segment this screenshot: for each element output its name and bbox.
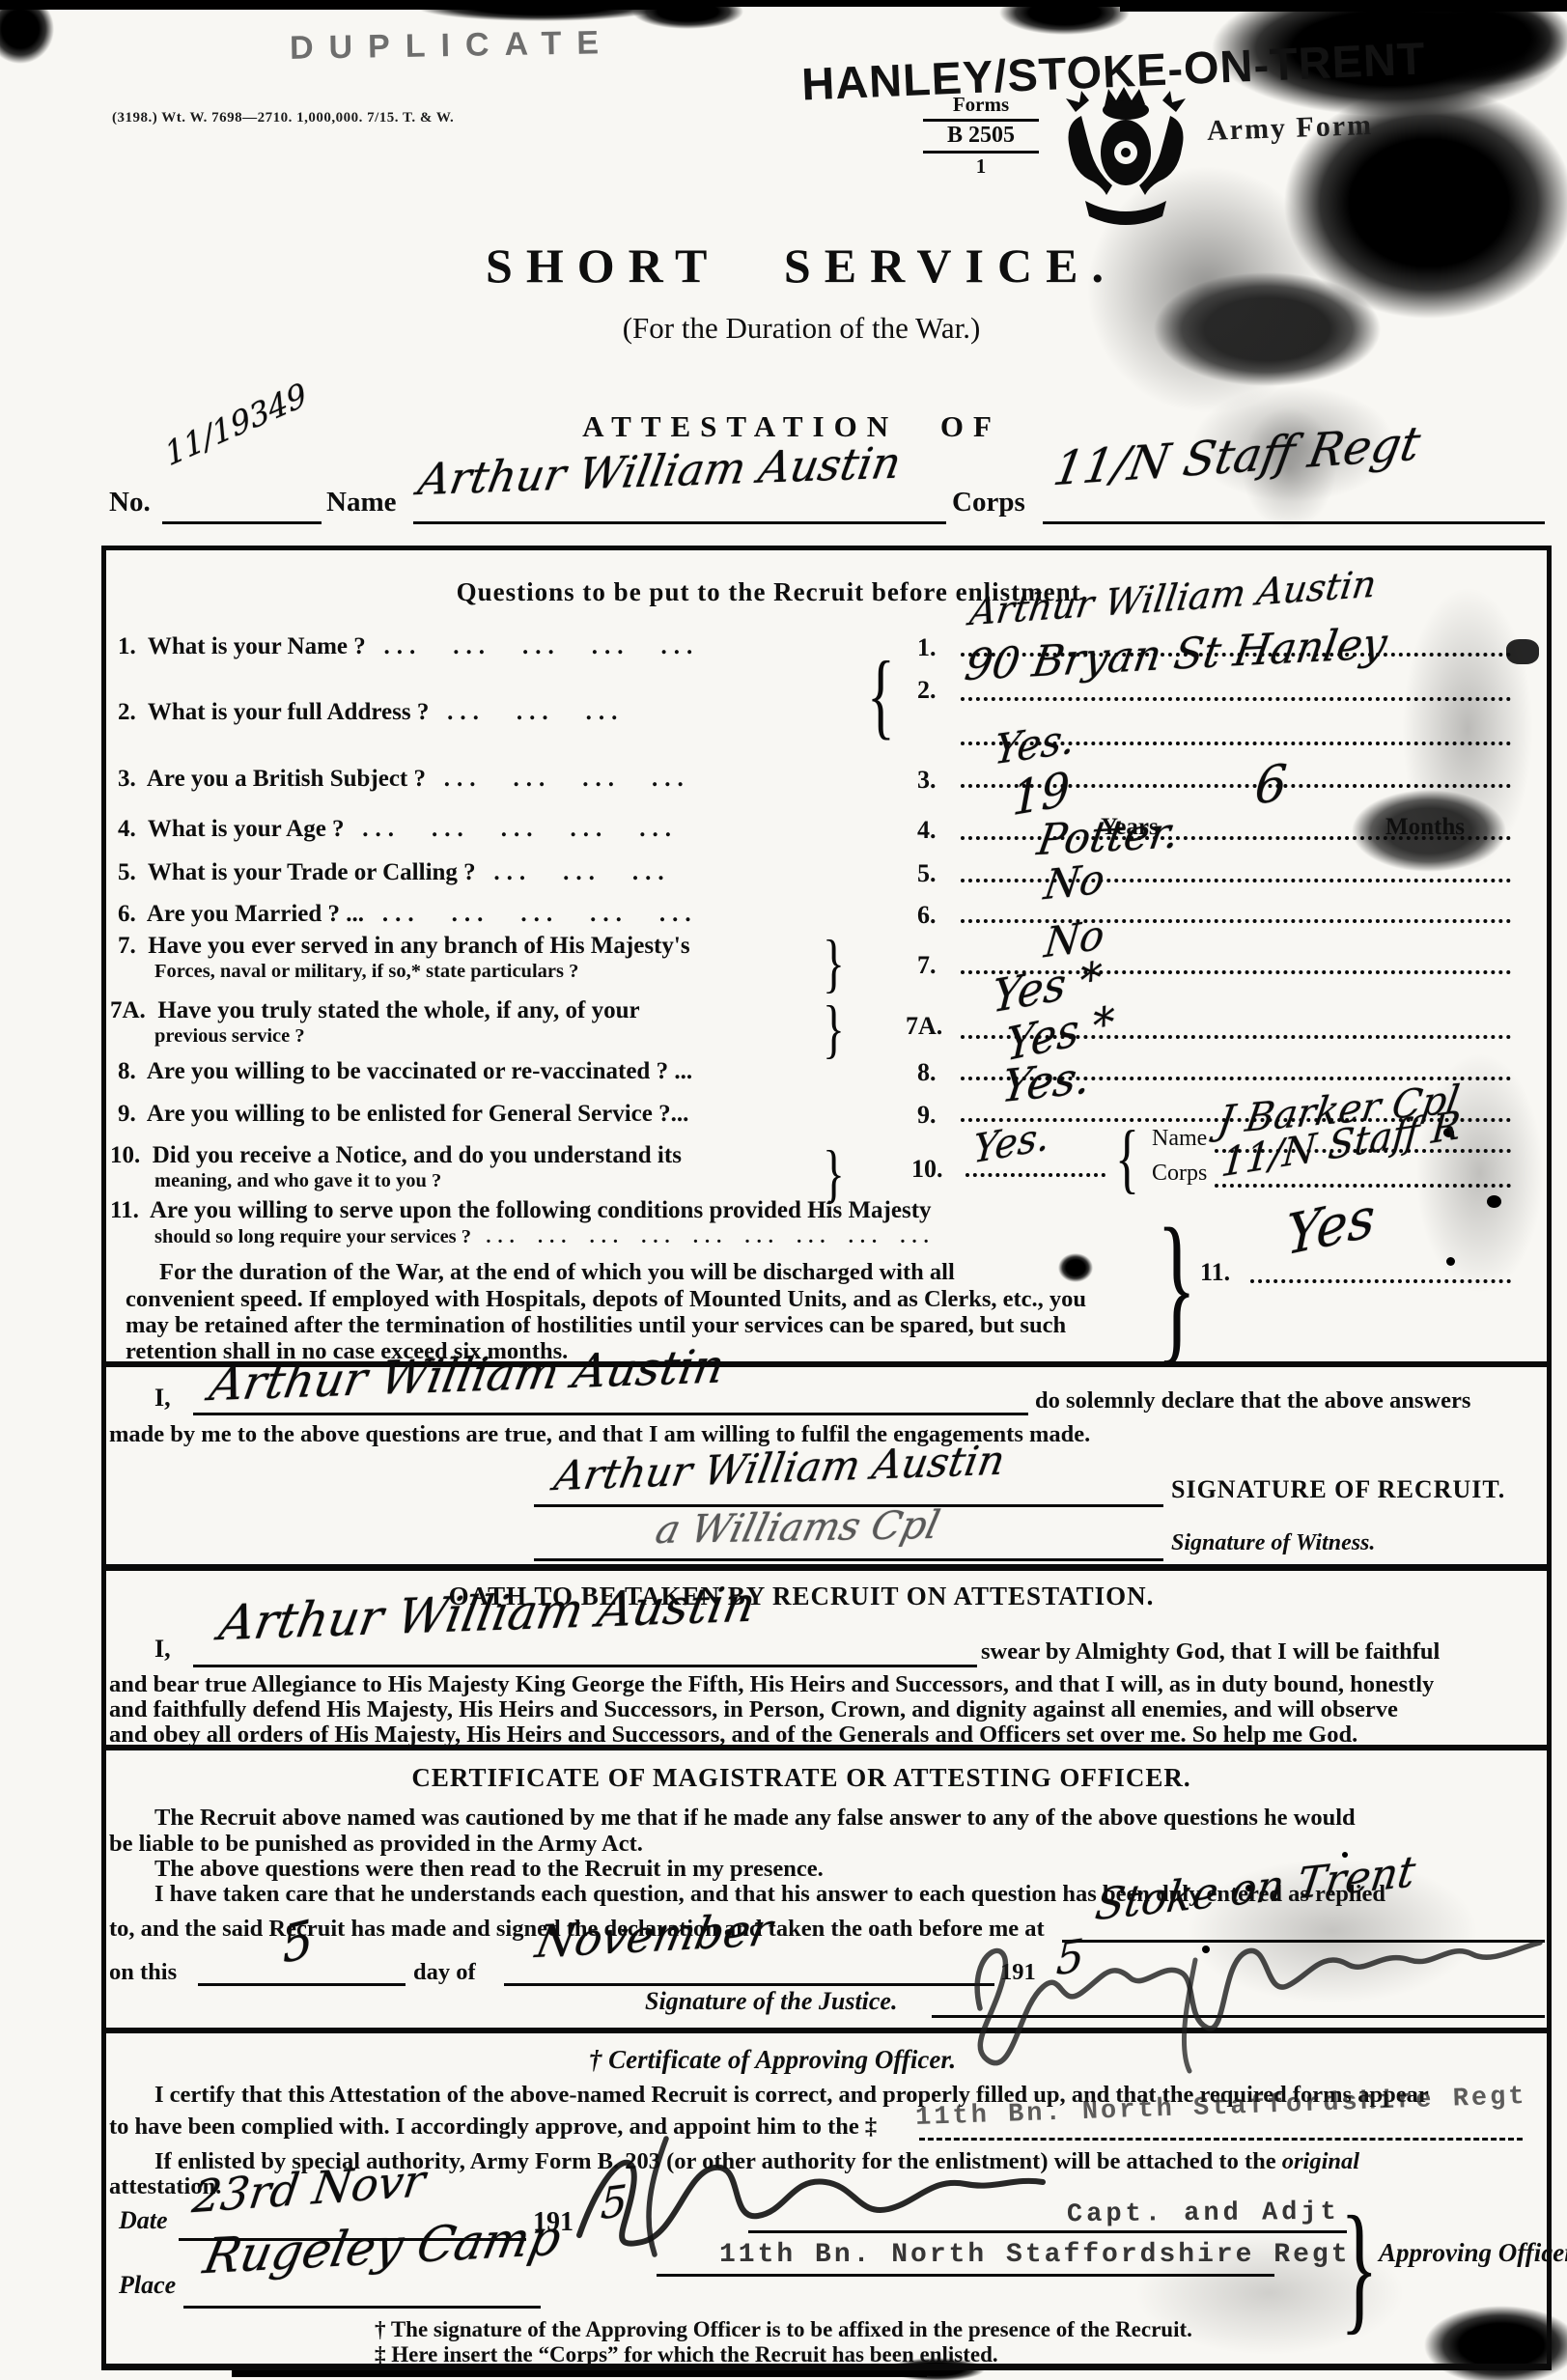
- question-9: 9. Are you willing to be enlisted for Ge…: [118, 1101, 688, 1128]
- condition-line: may be retained after the termination of…: [126, 1311, 1066, 1339]
- section-divider: [101, 1564, 1552, 1571]
- answer-number: 2.: [917, 676, 937, 705]
- question-7: 7. Have you ever served in any branch of…: [118, 933, 690, 960]
- approving-officer-label: Approving Officer.: [1379, 2238, 1567, 2268]
- question-text: What is your Name ?: [148, 633, 366, 659]
- question-number: 8.: [118, 1058, 136, 1084]
- oath-line1: swear by Almighty God, that I will be fa…: [981, 1638, 1440, 1666]
- question-10-line2: meaning, and who gave it to you ?: [154, 1170, 441, 1192]
- question-text: Are you a British Subject ?: [147, 766, 426, 792]
- leader-dots: ... ... ... ... ...: [362, 816, 678, 842]
- question-number: 1.: [118, 633, 136, 659]
- answer-number: 3.: [917, 766, 937, 795]
- no-label: No.: [109, 487, 151, 518]
- box-border-right: [1547, 546, 1552, 2370]
- approving-officer-signature-handwriting: [550, 2124, 1072, 2259]
- justice-signature-label: Signature of the Justice.: [645, 1987, 897, 2016]
- corps-underline: [1043, 521, 1545, 524]
- answer-number: 1.: [917, 633, 937, 662]
- question-6: 6. Are you Married ? ... ... ... ... ...…: [118, 901, 698, 928]
- place-handwriting: Rugeley Camp: [199, 2209, 566, 2284]
- answer-10-handwriting: Yes.: [971, 1113, 1050, 1172]
- answer-number: 4.: [917, 816, 937, 845]
- question-number: 10.: [110, 1142, 140, 1168]
- question-number: 3.: [118, 766, 136, 792]
- magistrate-line1: The Recruit above named was cautioned by…: [154, 1804, 1356, 1832]
- footnote-2: ‡ Here insert the “Corps” for which the …: [375, 2342, 998, 2367]
- answer-2-handwriting: 90 Bryan St Hanley: [962, 619, 1390, 690]
- leader-dots: ... ... ... ... ...: [384, 633, 700, 659]
- question-number: 11.: [110, 1197, 139, 1223]
- question-7a: 7A. Have you truly stated the whole, if …: [110, 997, 640, 1024]
- footnote-1: † The signature of the Approving Officer…: [375, 2317, 1192, 2342]
- question-text: What is your Trade or Calling ?: [148, 859, 476, 885]
- condition-line: For the duration of the War, at the end …: [159, 1258, 955, 1286]
- question-number: 6.: [118, 901, 136, 927]
- question-2: 2. What is your full Address ? ... ... .…: [118, 699, 624, 726]
- magistrate-line2: be liable to be punished as provided in …: [109, 1830, 643, 1858]
- answer-6-handwriting: No: [1041, 854, 1107, 909]
- leader-dots: ... ... ...: [493, 859, 670, 885]
- oath-name-underline: [193, 1665, 977, 1667]
- question-number: 5.: [118, 859, 136, 885]
- officer-signature-line: [748, 2230, 1347, 2233]
- month-underline: [504, 1983, 994, 1986]
- capt-adjt-stamp: Capt. and Adjt: [1067, 2198, 1340, 2229]
- question-7a-brace: }: [823, 991, 845, 1067]
- question-11-brace: }: [1157, 1192, 1196, 1383]
- ink-speck: [1506, 639, 1539, 664]
- answer-number: 11.: [1200, 1258, 1230, 1287]
- box-border-top: [101, 546, 1552, 550]
- question-text: Are you willing to be enlisted for Gener…: [147, 1101, 689, 1127]
- answer-4-months-handwriting: 6: [1253, 754, 1289, 816]
- forms-number: B 2505: [923, 122, 1039, 154]
- question-text: Are you Married ? ...: [147, 901, 364, 927]
- leader-dots: ... ... ... ... ...: [382, 901, 698, 927]
- answer-number: 10.: [911, 1155, 943, 1184]
- answer-number: 9.: [917, 1101, 937, 1130]
- answer-line: [961, 919, 1511, 923]
- place-underline: [183, 2306, 541, 2309]
- leader-dots: ... ... ...: [447, 699, 624, 725]
- duplicate-stamp: DUPLICATE: [290, 24, 615, 68]
- leader-dots: ... ... ... ... ... ... ... ... ...: [486, 1226, 935, 1247]
- on-this-label: on this: [109, 1958, 177, 1986]
- answer-11-handwriting: Yes: [1285, 1185, 1376, 1268]
- royal-crest-icon: [1052, 77, 1199, 239]
- ink-smudge: [0, 0, 54, 64]
- declaration-name-underline: [193, 1413, 1028, 1415]
- answer-number: 7A.: [906, 1012, 942, 1041]
- question-5: 5. What is your Trade or Calling ? ... .…: [118, 859, 671, 886]
- question-text: Have you ever served in any branch of Hi…: [148, 933, 689, 959]
- place-label: Place: [119, 2271, 176, 2300]
- answer-line: [961, 879, 1511, 882]
- answer-5-handwriting: Potter.: [1034, 808, 1183, 865]
- no-value-handwriting: 11/19349: [161, 375, 311, 473]
- leader-dots: ... ... ... ...: [444, 766, 690, 792]
- question-7-line2: Forces, naval or military, if so,* state…: [154, 961, 578, 983]
- answer-number: 8.: [917, 1058, 937, 1087]
- question-number: 7A.: [110, 997, 146, 1023]
- question-text: Have you truly stated the whole, if any,…: [157, 997, 639, 1023]
- approving-officer-brace: }: [1340, 2184, 1379, 2350]
- corps-label: Corps: [952, 487, 1025, 518]
- battalion-underline: [657, 2274, 1274, 2277]
- day-handwriting: 5: [280, 1910, 315, 1976]
- answer-2-brace: {: [867, 639, 895, 750]
- answer-line: [965, 1173, 1105, 1177]
- answer-10-sub-brace: {: [1115, 1115, 1139, 1203]
- month-handwriting: November: [532, 1903, 777, 1968]
- answer-number: 5.: [917, 859, 937, 888]
- question-8: 8. Are you willing to be vaccinated or r…: [118, 1058, 692, 1085]
- question-7a-line2: previous service ?: [154, 1025, 305, 1048]
- approving-heading: † Certificate of Approving Officer.: [309, 2045, 1236, 2075]
- answer-line: [961, 697, 1511, 701]
- declaration-line1: do solemnly declare that the above answe…: [1035, 1386, 1470, 1414]
- form-subtitle: (For the Duration of the War.): [290, 311, 1313, 346]
- day-of-label: day of: [413, 1958, 476, 1986]
- sub-corps-label: Corps: [1152, 1161, 1207, 1187]
- forms-box: Forms B 2505 1: [923, 93, 1039, 179]
- ink-wash: [1395, 1014, 1564, 1332]
- condition-line: convenient speed. If employed with Hospi…: [126, 1285, 1086, 1313]
- oath-i-label: I,: [154, 1634, 171, 1664]
- date-label: Date: [119, 2206, 168, 2235]
- attestation-form-page: DUPLICATE (3198.) Wt. W. 7698—2710. 1,00…: [0, 0, 1567, 2380]
- day-underline: [198, 1983, 406, 1986]
- print-code: (3198.) Wt. W. 7698—2710. 1,000,000. 7/1…: [112, 110, 454, 126]
- question-4: 4. What is your Age ? ... ... ... ... ..…: [118, 816, 678, 843]
- witness-signature-handwriting: a Williams Cpl: [652, 1503, 944, 1553]
- forms-sub-number: 1: [923, 154, 1039, 179]
- question-text: What is your full Address ?: [148, 699, 430, 725]
- ink-speck: [1487, 1195, 1501, 1208]
- ink-smudge: [415, 0, 666, 21]
- question-10: 10. Did you receive a Notice, and do you…: [110, 1142, 682, 1169]
- question-11: 11. Are you willing to serve upon the fo…: [110, 1197, 932, 1224]
- answer-number: 6.: [917, 901, 937, 930]
- question-number: 2.: [118, 699, 136, 725]
- oath-line4: and obey all orders of His Majesty, His …: [109, 1721, 1357, 1749]
- ink-smudge: [999, 0, 1130, 35]
- ink-speck: [1058, 1253, 1093, 1282]
- witness-signature-label: Signature of Witness.: [1171, 1530, 1375, 1556]
- ink-speck: [1446, 1257, 1455, 1266]
- name-label: Name: [326, 487, 396, 518]
- question-text: Are you willing to serve upon the follow…: [150, 1197, 932, 1223]
- answer-line: [1250, 1279, 1511, 1283]
- question-1: 1. What is your Name ? ... ... ... ... .…: [118, 633, 699, 660]
- question-3: 3. Are you a British Subject ? ... ... .…: [118, 766, 690, 793]
- recruit-signature-label: SIGNATURE OF RECRUIT.: [1171, 1475, 1505, 1504]
- question-number: 4.: [118, 816, 136, 842]
- name-value-handwriting: Arthur William Austin: [414, 436, 905, 505]
- form-title: SHORT SERVICE.: [290, 238, 1313, 294]
- witness-signature-line: [534, 1558, 1163, 1561]
- question-text: should so long require your services ?: [154, 1226, 471, 1247]
- declaration-i-label: I,: [154, 1383, 171, 1413]
- name-underline: [413, 521, 946, 524]
- oath-line2: and bear true Allegiance to His Majesty …: [109, 1670, 1434, 1698]
- question-number: 7.: [118, 933, 136, 959]
- no-underline: [162, 521, 322, 524]
- question-11-line2: should so long require your services ? .…: [154, 1226, 936, 1248]
- question-text: What is your Age ?: [148, 816, 345, 842]
- magistrate-heading: CERTIFICATE OF MAGISTRATE OR ATTESTING O…: [290, 1763, 1313, 1793]
- magistrate-line3: The above questions were then read to th…: [154, 1855, 824, 1883]
- question-text: Are you willing to be vaccinated or re-v…: [147, 1058, 692, 1084]
- question-number: 9.: [118, 1101, 136, 1127]
- months-label: Months: [1385, 814, 1465, 841]
- question-text: Did you receive a Notice, and do you und…: [153, 1142, 682, 1168]
- approving-line3-italic: original: [1282, 2148, 1359, 2174]
- answer-number: 7.: [917, 951, 937, 980]
- sub-name-label: Name: [1152, 1126, 1207, 1152]
- ink-wash: [1091, 2211, 1448, 2375]
- army-form-stamp: Army Form: [1206, 109, 1373, 148]
- answer-9-handwriting: Yes.: [998, 1050, 1094, 1113]
- box-border-left: [101, 546, 106, 2370]
- oath-line3: and faithfully defend His Majesty, His H…: [109, 1695, 1398, 1723]
- ink-smudge: [632, 0, 743, 29]
- battalion-stamp: 11th Bn. North Staffordshire Regt.: [719, 2240, 1369, 2270]
